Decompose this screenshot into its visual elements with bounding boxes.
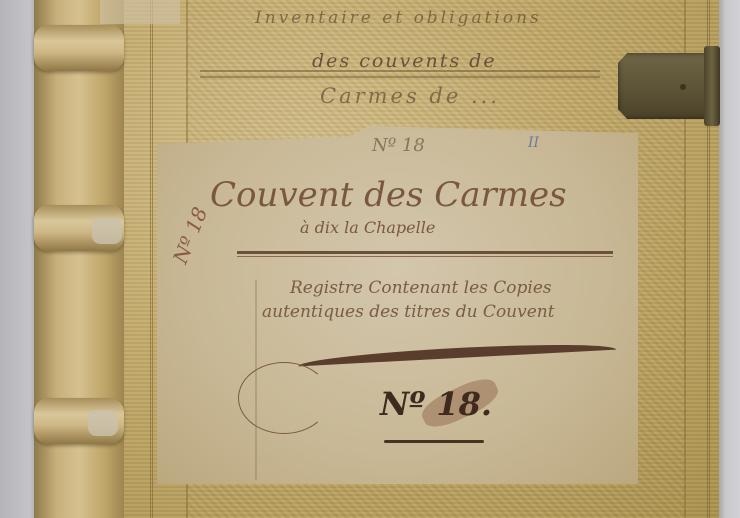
clasp-hinge <box>704 46 720 126</box>
label-faint-number: Nº 18 <box>372 135 425 156</box>
label-register-number: Nº 18. <box>380 385 492 423</box>
cover-inscription-line-2: des couvents de <box>312 50 497 72</box>
label-double-rule <box>237 251 613 257</box>
cover-inscription-line-1: Inventaire et obligations <box>255 8 542 28</box>
cover-inscription-line-3: Carmes de ... <box>320 84 500 108</box>
spine-paper-remnant <box>100 0 180 24</box>
label-title: Couvent des Carmes <box>210 175 567 215</box>
band-wear-mark-3 <box>88 410 118 436</box>
spine-raised-band-1 <box>34 25 124 71</box>
band-wear-mark-2 <box>92 218 122 244</box>
label-description-line-1: Registre Contenant les Copies <box>290 278 552 298</box>
tooled-rule-top-2 <box>200 76 600 78</box>
clasp-rivet <box>680 84 686 90</box>
label-subtitle: à dix la Chapelle <box>300 218 435 237</box>
brass-clasp <box>618 53 710 119</box>
ink-flourish-loop <box>238 362 330 434</box>
label-description-line-2: autentiques des titres du Couvent <box>262 302 555 322</box>
register-number-underline <box>384 440 484 443</box>
label-roman-numeral: II <box>528 135 539 151</box>
